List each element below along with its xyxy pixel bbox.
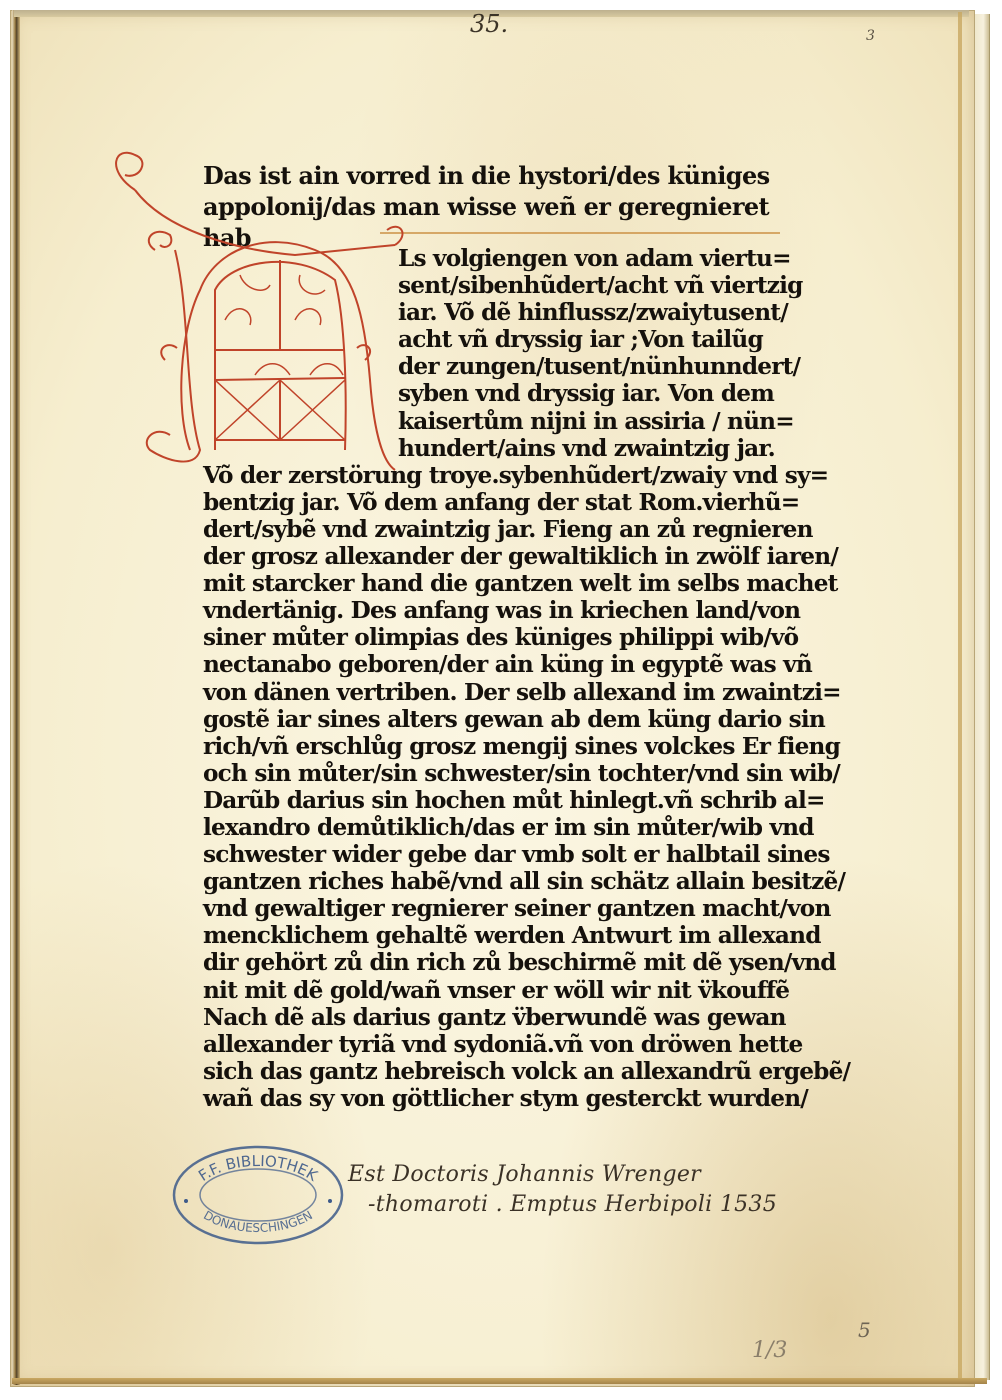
text-line: wañ das sy von göttlicher stym gesterckt… [203,1085,783,1112]
text-line: bentzig jar. Võ dem anfang der stat Rom.… [203,489,783,516]
text-line: Nach dẽ als darius gantz v̈berwundẽ was … [203,1004,783,1031]
shelf-mark: 1/3 [752,1338,787,1363]
text-line: syben vnd dryssig iar. Von dem [203,380,783,407]
stamp-top-text: F.F. BIBLIOTHEK [195,1152,321,1185]
text-line: acht vñ dryssig iar ;Von tailũg [203,326,783,353]
text-line: nectanabo geboren/der ain küng in egyptẽ… [203,651,783,678]
text-line: mencklichem gehaltẽ werden Antwurt im al… [203,922,783,949]
text-line: allexander tyriã vnd sydoniã.vñ von dröw… [203,1031,783,1058]
text-line: vnd gewaltiger regnierer seiner gantzen … [203,895,783,922]
text-line: dert/sybẽ vnd zwaintzig jar. Fieng an zů… [203,516,783,543]
text-line: Võ der zerstörung troye.sybenhũdert/zwai… [203,462,783,489]
stamp-bottom-text: DONAUESCHINGEN [201,1208,315,1235]
text-line: och sin můter/sin schwester/sin tochter/… [203,760,783,787]
text-line: gostẽ iar sines alters gewan ab dem küng… [203,706,783,733]
text-line: gantzen riches habẽ/vnd all sin schätz a… [203,868,783,895]
inscription-line: -thomaroti . Emptus Herbipoli 1535 [348,1190,908,1220]
svg-text:DONAUESCHINGEN: DONAUESCHINGEN [201,1208,315,1235]
text-line: iar. Võ dẽ hinflussz/zwaiytusent/ [203,299,783,326]
text-line: schwester wider gebe dar vmb solt er hal… [203,841,783,868]
ownership-inscription: Est Doctoris Johannis Wrenger -thomaroti… [348,1160,908,1220]
text-line: kaisertům nijni in assiria / nün= [203,408,783,435]
page-bottom-edge [12,1378,987,1384]
text-line: Ls volgiengen von adam viertu= [203,245,783,272]
page-right-edge [958,12,962,1384]
page-fore-edge [975,14,990,1380]
bottom-page-number: 5 [858,1318,871,1342]
text-line: der grosz allexander der gewaltiklich in… [203,543,783,570]
text-line: lexandro demůtiklich/das er im sin můter… [203,814,783,841]
text-line: mit starcker hand die gantzen welt im se… [203,570,783,597]
binding-spine [12,10,20,1385]
text-line: dir gehört zů din rich zů beschirmẽ mit … [203,949,783,976]
corner-page-number: 3 [866,28,875,44]
text-line: hundert/ains vnd zwaintzig jar. [203,435,783,462]
svg-text:F.F. BIBLIOTHEK: F.F. BIBLIOTHEK [195,1152,321,1185]
body-text: Ls volgiengen von adam viertu= sent/sibe… [203,245,783,1112]
text-line: der zungen/tusent/nünhunndert/ [203,353,783,380]
text-line: von dänen vertriben. Der selb allexand i… [203,679,783,706]
folio-number: 35. [470,10,508,38]
inscription-line: Est Doctoris Johannis Wrenger [348,1160,908,1190]
text-line: nit mit dẽ gold/wañ vnser er wöll wir ni… [203,977,783,1004]
text-line: vndertänig. Des anfang was in kriechen l… [203,597,783,624]
text-line: siner můter olimpias des küniges philipp… [203,624,783,651]
text-line: sent/sibenhũdert/acht vñ viertzig [203,272,783,299]
library-stamp: F.F. BIBLIOTHEK DONAUESCHINGEN [170,1143,346,1247]
rubric-rule [380,232,780,234]
text-line: sich das gantz hebreisch volck an allexa… [203,1058,783,1085]
text-line: rich/vñ erschlůg grosz mengij sines volc… [203,733,783,760]
text-line: Darũb darius sin hochen můt hinlegt.vñ s… [203,787,783,814]
